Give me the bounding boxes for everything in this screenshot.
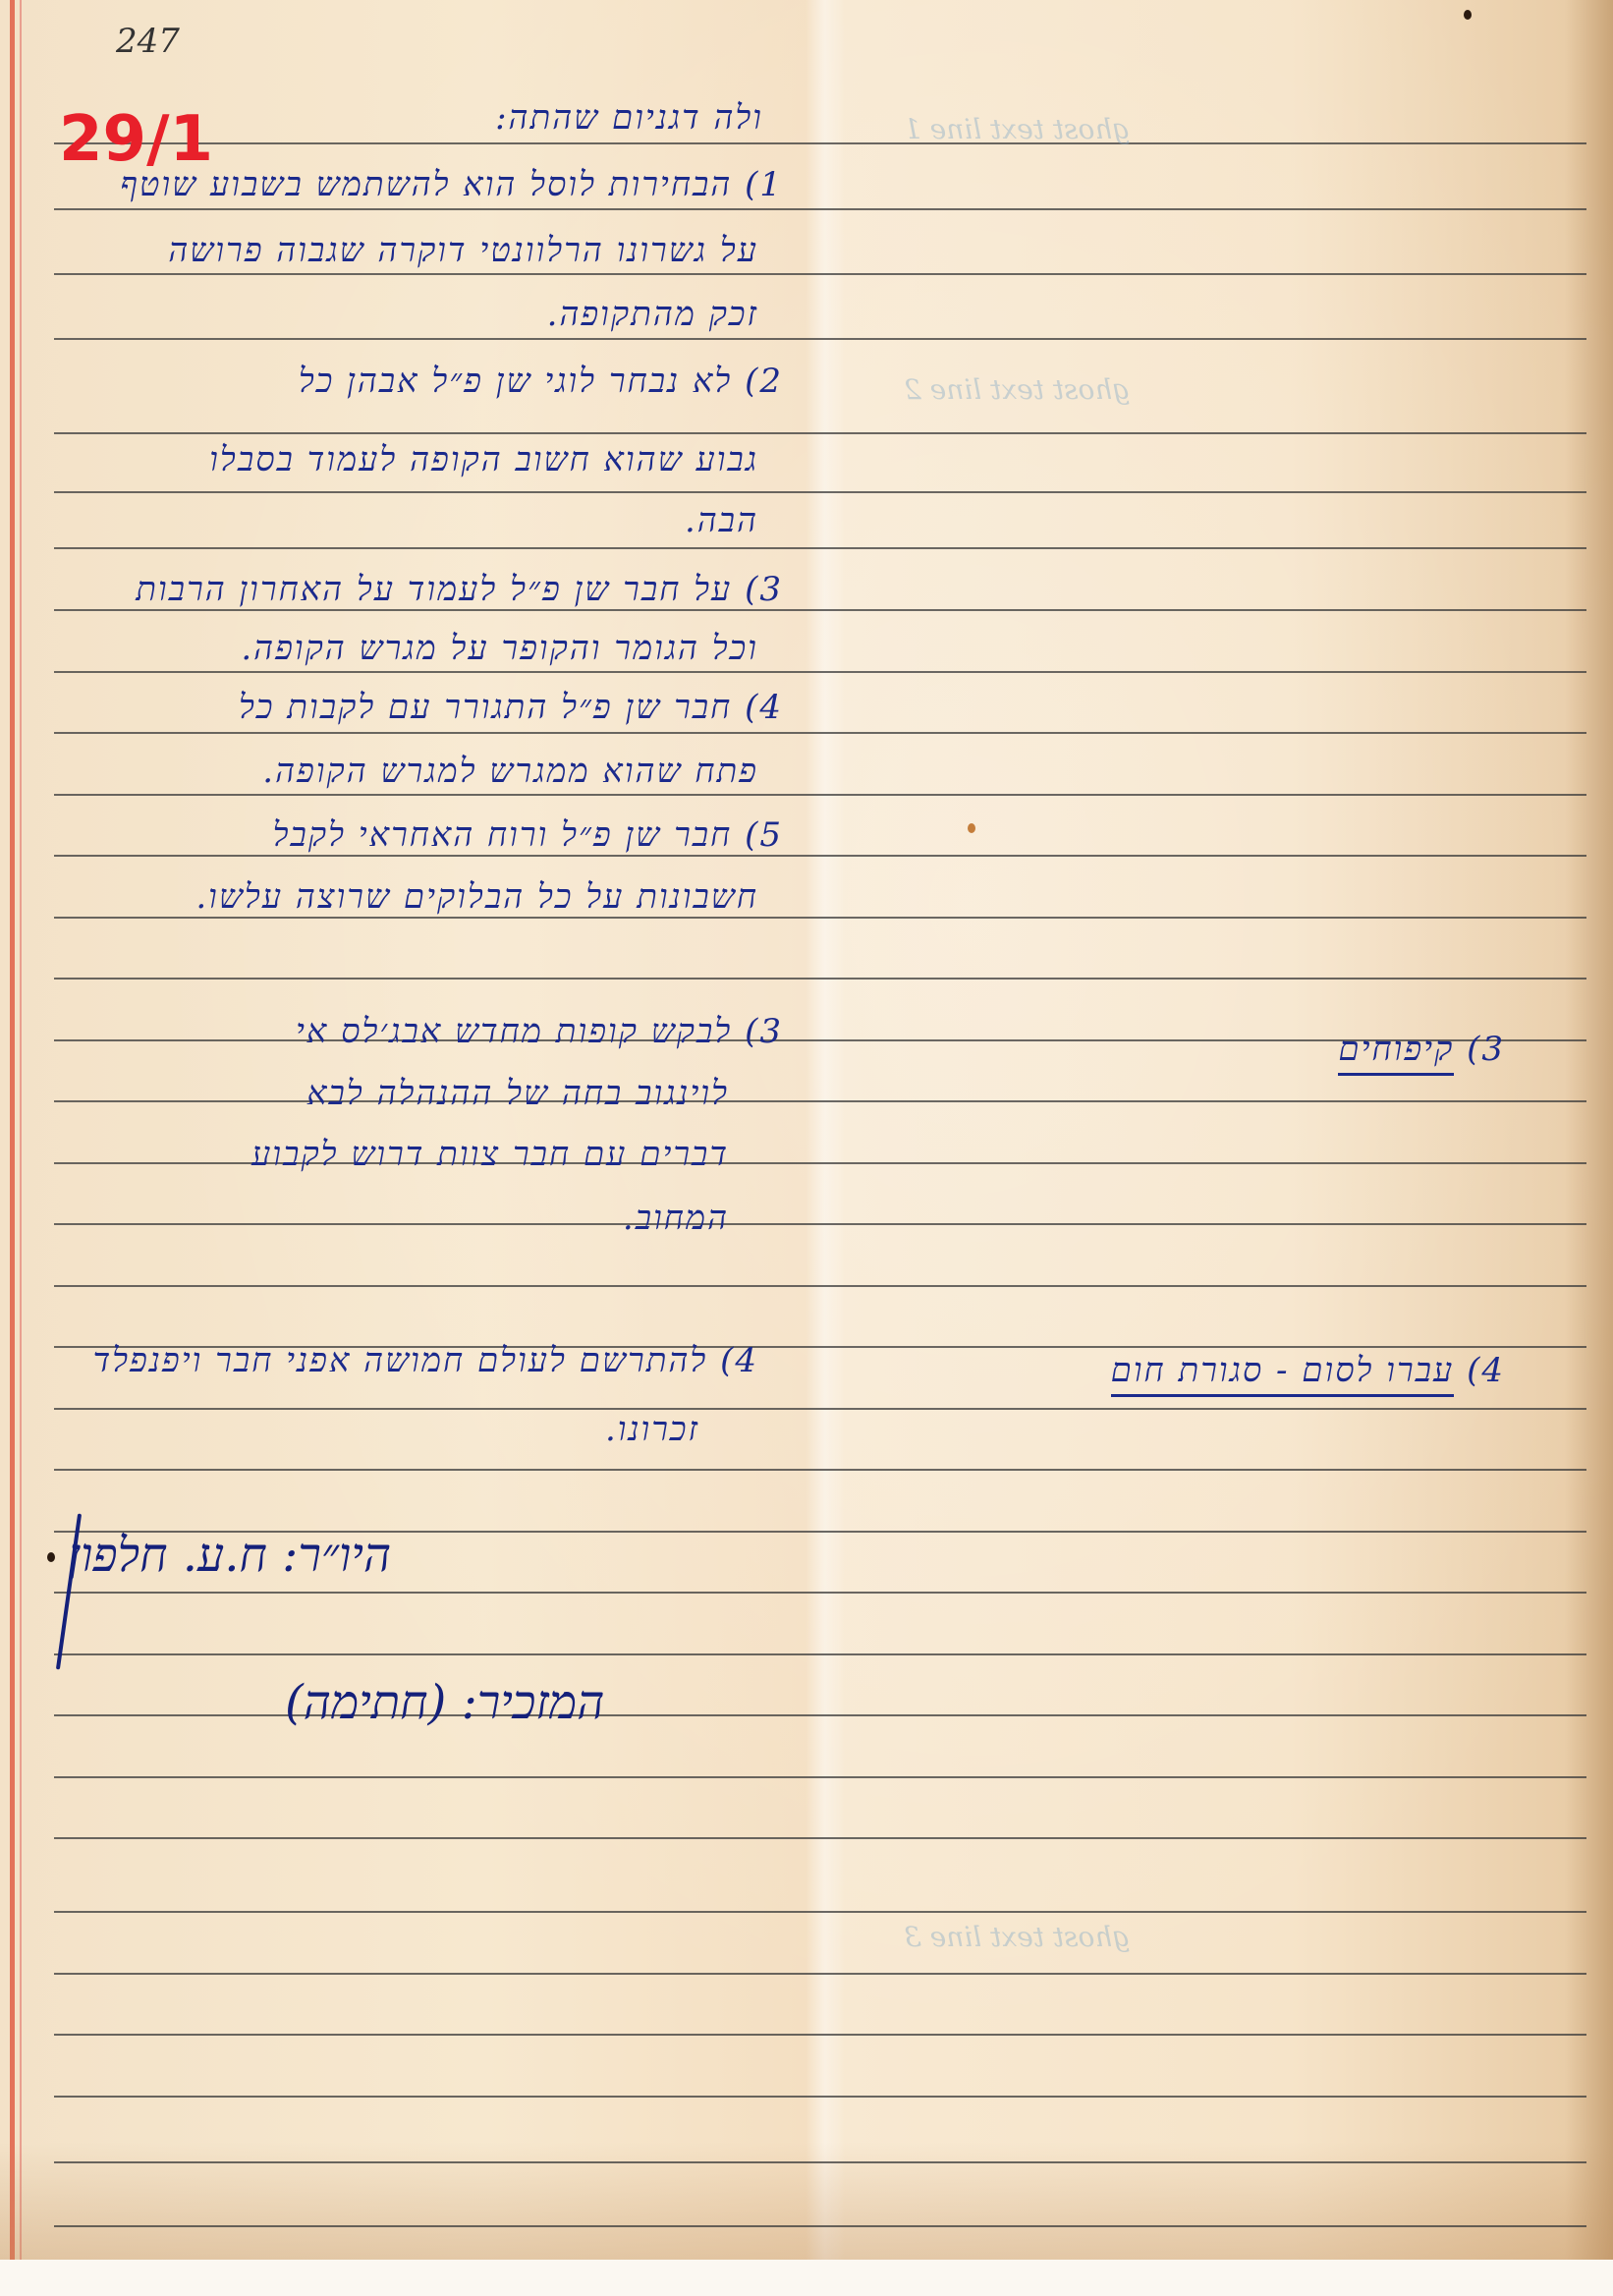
ruled-line [54,2096,1586,2098]
item-line: לוינגוב בחה של ההנהלה לבא [306,1074,729,1113]
item-line: 4) חבר שן פ״ל התגורר עם לקבות כל [239,688,783,727]
ruled-line [54,2034,1586,2036]
ink-spot [47,1552,55,1562]
item-line: 3) על חבר שן פ״ל לעמוד על האחרון הרבות [136,570,783,609]
ruled-line [54,1285,1586,1287]
page-number: 247 [116,22,180,61]
ruled-line [54,142,1586,144]
right-item: 4) עברו לסום - סגורת חום [1111,1351,1505,1390]
ruled-line [54,2161,1586,2163]
ruled-line [54,208,1586,210]
ruled-line [54,1408,1586,1410]
ruled-line [54,547,1586,549]
ink-spot [1464,10,1472,20]
ruled-line [54,732,1586,734]
notebook-page: 247 29/1 ולה דגניום שהתה: 1) הבחירות לוס… [0,0,1613,2260]
item-line: 4) להתרשם לעולם חמושה אפני חבר ויפנפלד [93,1341,758,1380]
item-line: גבוע שהוא חשוב הקופה לעמוד בסבלו [209,440,758,479]
ruled-line [54,338,1586,340]
ruled-line [54,491,1586,493]
ruled-line [54,432,1586,434]
red-margin-line-inner [20,0,22,2260]
chairman-signature: היו״ר: ח.ע. חלפון [69,1528,391,1583]
item-line: על גשרונו הרלוונטי דוקרה שגבוה פרושה [168,231,758,270]
ruled-line [54,794,1586,796]
ruled-line [54,1714,1586,1716]
ruled-line [54,1469,1586,1471]
ruled-line [54,671,1586,673]
ruled-line [54,855,1586,857]
item-line: חשבונות על כל הבלוקים שרוצה עלשו. [195,877,758,917]
ruled-line [54,273,1586,275]
ruled-line [54,1911,1586,1913]
item-line: פתח שהוא ממגרש למגרש הקופה. [262,752,758,791]
bleed-through-text: ghost text line 1 [904,113,1130,145]
item-line: 2) לא נבחר לוגי שן פ״ל אבהן כל [299,362,783,401]
paper-stain [0,2142,1613,2260]
bleed-through-text: ghost text line 2 [904,373,1130,406]
ruled-line [54,1776,1586,1778]
ruled-line [54,978,1586,980]
bleed-through-text: ghost text line 3 [904,1921,1130,1953]
secretary-signature: המזכיר: (חתימה) [285,1675,604,1730]
right-item: 3) קיפוחים [1338,1030,1505,1069]
ruled-line [54,917,1586,919]
item-line: 1) הבחירות לוסל הוא להשתמש בשבוע שוטף [120,165,783,204]
ruled-line [54,1653,1586,1655]
item-line: זכרונו. [605,1410,699,1449]
ruled-line [54,1837,1586,1839]
ruled-line [54,1223,1586,1225]
item-line: הבה. [685,501,758,540]
item-line: 3) לבקש קופות מחדש אבג׳לס אי [296,1012,783,1051]
ruled-line [54,1592,1586,1594]
item-line: דברים עם חבר צוות דרוש לקבוע [251,1135,729,1174]
ruled-line [54,2225,1586,2227]
ruled-line [54,1100,1586,1102]
item-line: זכק מהתקופה. [547,295,758,334]
stain-spot [968,823,975,833]
item-line: 5) חבר שן פ״ל ורוח האחראי לקבל [273,815,783,855]
ruled-line [54,609,1586,611]
item-line: וכל הגומר והקופר על מגרש הקופה. [241,629,758,668]
section-heading: ולה דגניום שהתה: [495,98,763,141]
red-margin-line [10,0,15,2260]
item-line: המחוב. [623,1199,729,1238]
ruled-line [54,1973,1586,1975]
